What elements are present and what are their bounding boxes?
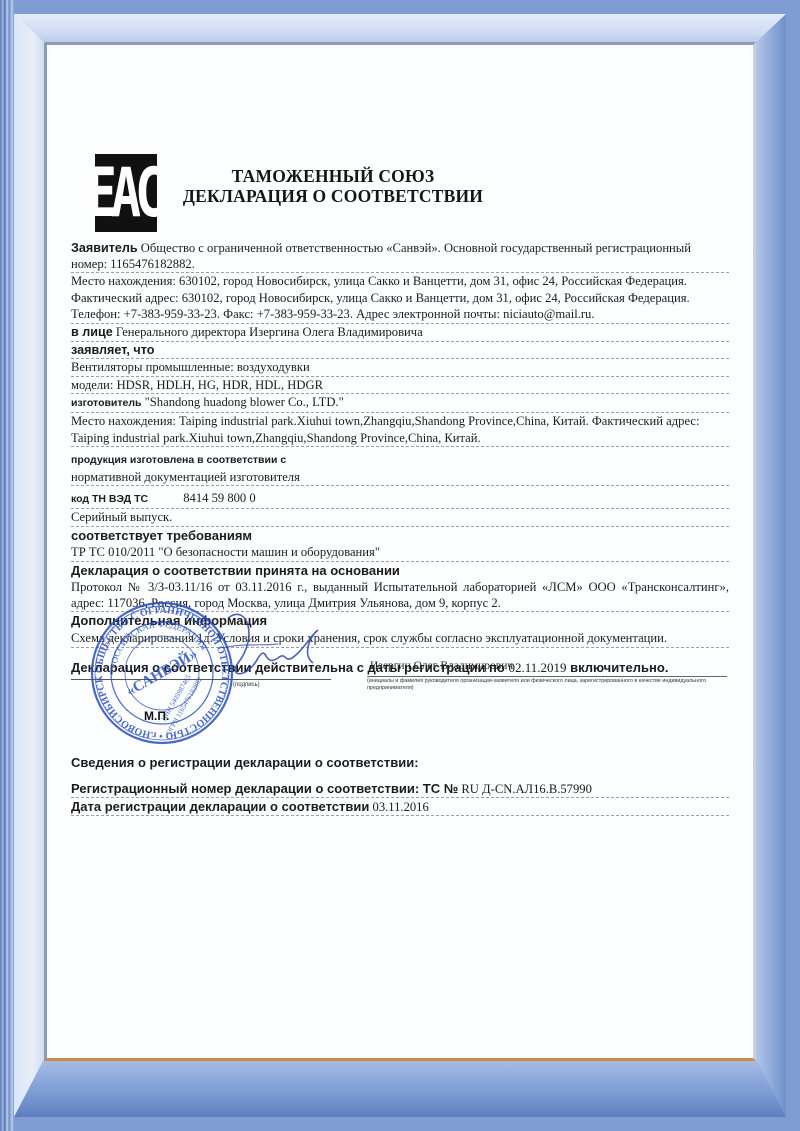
registration-date-value: 03.11.2016 [373,800,429,814]
requirements-label-row: соответствует требованиям [71,527,729,545]
manufacturer-address-1: Место нахождения: Taiping industrial par… [71,413,729,430]
serial-production: Серийный выпуск. [71,509,729,527]
hs-code-value: 8414 59 800 0 [183,491,255,507]
applicant-text: Общество с ограниченной ответственностью… [71,241,691,271]
applicant-label: Заявитель [71,241,138,255]
production-label: продукция изготовлена в соответствии с [71,454,286,466]
handwritten-signature [218,608,328,688]
registration-number-label: Регистрационный номер декларации о соотв… [71,781,458,796]
frame-bevel-left [14,14,46,1117]
production-label-row: продукция изготовлена в соответствии с [71,451,729,469]
product-models: модели: HDSR, HDLH, HG, HDR, HDL, HDGR [71,377,729,395]
registration-number-row: Регистрационный номер декларации о соотв… [71,780,729,798]
title-customs-union: ТАМОЖЕННЫЙ СОЮЗ [173,166,493,187]
registration-date-label: Дата регистрации декларации о соответств… [71,799,369,814]
manufacturer-name: "Shandong huadong blower Co., LTD." [145,395,344,409]
company-stamp: ОБЩЕСТВО С ОГРАНИЧЕННОЙ ОТВЕТСТВЕННОСТЬЮ… [90,601,234,745]
basis-label: Декларация о соответствии принята на осн… [71,563,400,578]
registration-number-value: RU Д-CN.АЛ16.В.57990 [461,782,591,796]
represented-by-text: Генерального директора Изергина Олега Вл… [116,325,423,339]
signatory-name-line [367,676,727,677]
requirements-text: ТР ТС 010/2011 "О безопасности машин и о… [71,544,729,562]
frame-bevel-right [754,14,786,1117]
hs-code-label: код ТН ВЭД ТС [71,493,148,505]
manufacturer-row: изготовитель "Shandong huadong blower Co… [71,394,729,413]
title-declaration: ДЕКЛАРАЦИЯ О СООТВЕТСТВИИ [173,186,493,207]
basis-label-row: Декларация о соответствии принята на осн… [71,562,729,580]
requirements-label: соответствует требованиям [71,528,252,543]
applicant-contacts: Телефон: +7-383-959-33-23. Факс: +7-383-… [71,306,729,324]
registration-date-row: Дата регистрации декларации о соответств… [71,798,729,816]
manufacturer-address-2: Taiping industrial park.Xiuhui town,Zhan… [71,430,729,448]
eac-logo: EAC [95,154,157,232]
registration-title: Сведения о регистрации декларации о соот… [71,755,729,771]
applicant-location: Место нахождения: 630102, город Новосиби… [71,273,729,290]
signatory-name: Изергин Олег Владимирович [370,660,513,672]
applicant-row: Заявитель Общество с ограниченной ответс… [71,240,729,273]
frame-bevel-top [14,14,786,44]
declares-label: заявляет, что [71,343,154,357]
hs-code-row: код ТН ВЭД ТС 8414 59 800 0 [71,490,729,509]
declares-row: заявляет, что [71,342,729,360]
represented-by-row: в лице Генерального директора Изергина О… [71,324,729,342]
validity-date: 02.11.2019 [508,660,566,675]
production-text: нормативной документацией изготовителя [71,469,729,487]
seal-placeholder-label: М.П. [144,709,169,723]
registration-section: Сведения о регистрации декларации о соот… [71,755,729,816]
eac-logo-text: EAC [87,159,159,227]
manufacturer-label: изготовитель [71,397,142,409]
applicant-actual-address: Фактический адрес: 630102, город Новосиб… [71,290,729,307]
validity-suffix: включительно. [570,660,668,675]
signatory-name-caption: (инициалы и фамилия руководителя организ… [367,678,747,692]
product-name: Вентиляторы промышленные: воздуходувки [71,359,729,377]
represented-by-label: в лице [71,325,113,339]
declaration-document: EAC ТАМОЖЕННЫЙ СОЮЗ ДЕКЛАРАЦИЯ О СООТВЕТ… [50,48,750,1056]
frame-bevel-bottom [14,1059,786,1117]
